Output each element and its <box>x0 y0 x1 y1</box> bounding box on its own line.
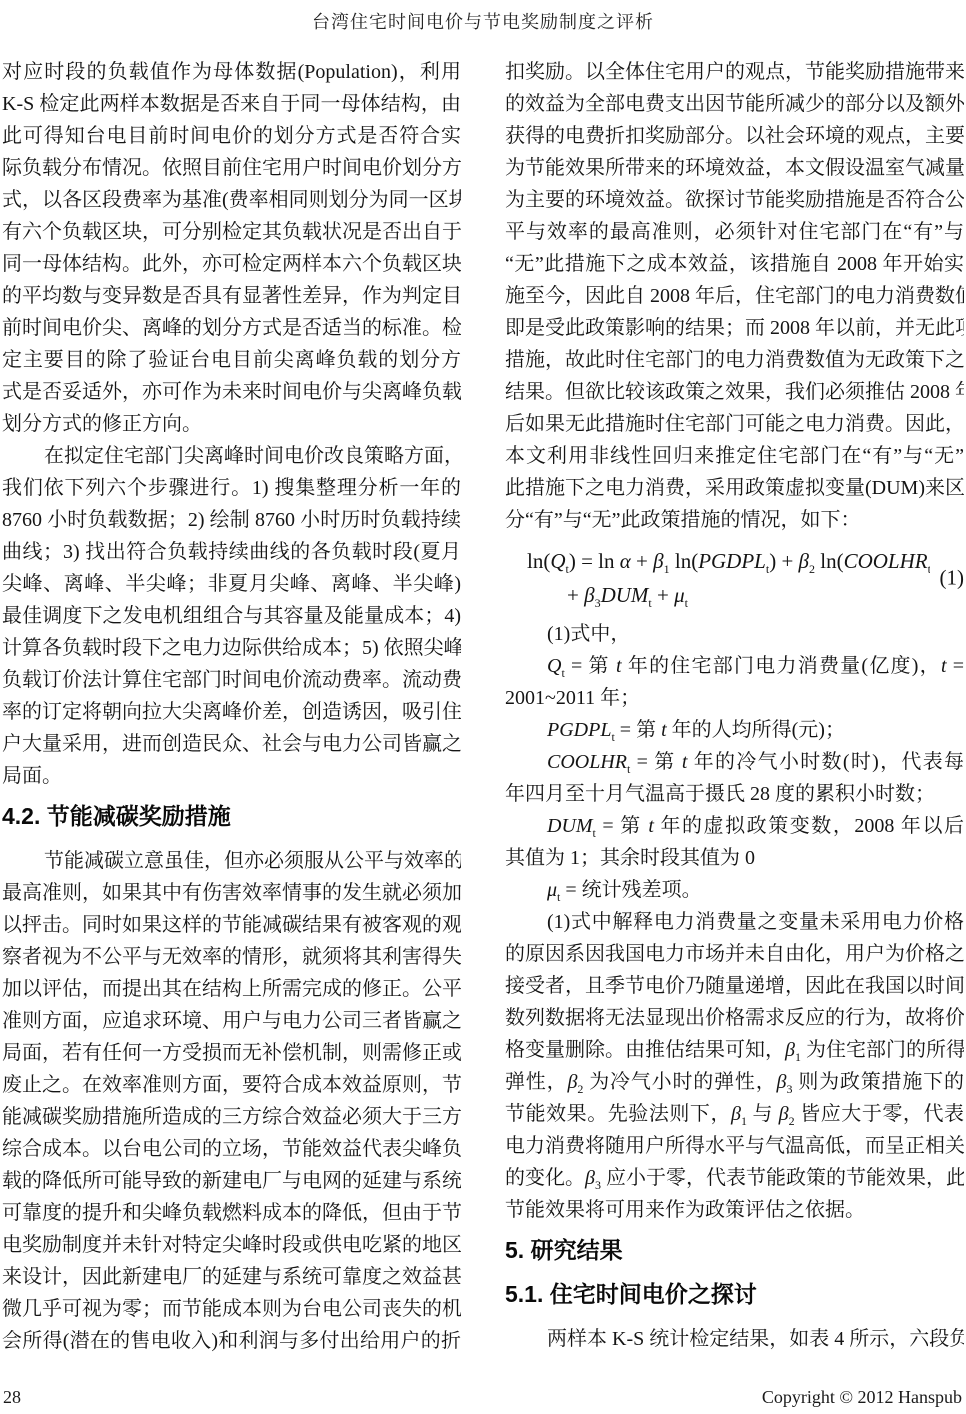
text-line: 前时间电价尖、离峰的划分方式是否适当的标准。检 <box>2 312 461 344</box>
paragraph: Qt = 第 t 年的住宅部门电力消费量(亿度)，t =2001~2011 年； <box>505 650 964 714</box>
text-line: 后如果无此措施时住宅部门可能之电力消费。因此， <box>505 408 964 440</box>
page-header-title: 台湾住宅时间电价与节电奖励制度之评析 <box>0 8 966 34</box>
equation-line: + β3DUMt + μt <box>505 578 930 612</box>
text-line: 划分方式的修正方向。 <box>2 408 461 440</box>
text-line: 为节能效果所带来的环境效益，本文假设温室气减量 <box>505 152 964 184</box>
text-line: 在拟定住宅部门尖离峰时间电价改良策略方面， <box>2 440 461 472</box>
text-line: DUMt = 第 t 年的虚拟政策变数，2008 年以后 <box>505 810 964 842</box>
equation: ln(Qt) = ln α + β1 ln(PGDPLt) + β2 ln(CO… <box>505 544 964 612</box>
paragraph: COOLHRt = 第 t 年的冷气小时数(时)，代表每年四月至十月气温高于摄氏… <box>505 746 964 810</box>
text-line: 的效益为全部电费支出因节能所减少的部分以及额外 <box>505 88 964 120</box>
paragraph: DUMt = 第 t 年的虚拟政策变数，2008 年以后其值为 1；其余时段其值… <box>505 810 964 874</box>
paragraph: 节能减碳立意虽佳，但亦必须服从公平与效率的最高准则，如果其中有伤害效率情事的发生… <box>2 845 461 1357</box>
text-line: 以抨击。同时如果这样的节能减碳结果有被客观的观 <box>2 909 461 941</box>
text-line: 可靠度的提升和尖峰负载燃料成本的降低，但由于节 <box>2 1197 461 1229</box>
text-line: 2001~2011 年； <box>505 682 964 714</box>
equation-line: ln(Qt) = ln α + β1 ln(PGDPLt) + β2 ln(CO… <box>505 544 930 578</box>
text-line: 计算各负载时段下之电力边际供给成本；5) 依照尖峰 <box>2 632 461 664</box>
text-line: 负载订价法计算住宅部门时间电价流动费率。流动费 <box>2 664 461 696</box>
column-right: 扣奖励。以全体住宅用户的观点，节能奖励措施带来的效益为全部电费支出因节能所减少的… <box>505 56 964 1355</box>
text-line: 施至今，因此自 2008 年后，住宅部门的电力消费数值 <box>505 280 964 312</box>
text-line: 来设计，因此新建电厂的延建与系统可靠度之效益甚 <box>2 1261 461 1293</box>
text-line: 的平均数与变异数是否具有显著性差异，作为判定目 <box>2 280 461 312</box>
text-line: 最高准则，如果其中有伤害效率情事的发生就必须加 <box>2 877 461 909</box>
equation-number: (1) <box>940 566 965 591</box>
text-line: 措施，故此时住宅部门的电力消费数值为无政策下之 <box>505 344 964 376</box>
section-heading: 4.2. 节能减碳奖励措施 <box>2 801 461 831</box>
text-line: 准则方面，应追求环境、用户与电力公司三者皆赢之 <box>2 1005 461 1037</box>
text-line: 综合成本。以台电公司的立场，节能效益代表尖峰负 <box>2 1133 461 1165</box>
text-line: Qt = 第 t 年的住宅部门电力消费量(亿度)，t = <box>505 650 964 682</box>
text-line: 际负载分布情况。依照目前住宅用户时间电价划分方 <box>2 152 461 184</box>
section-heading: 5. 研究结果 <box>505 1235 964 1265</box>
page-number: 28 <box>3 1387 21 1408</box>
text-line: 曲线；3) 找出符合负载持续曲线的各负载时段(夏月 <box>2 536 461 568</box>
text-line: 节能效果将可用来作为政策评估之依据。 <box>505 1194 964 1226</box>
text-line: 的变化。β3 应小于零，代表节能政策的节能效果，此 <box>505 1162 964 1194</box>
text-line: 的原因系因我国电力市场并未自由化，用户为价格之 <box>505 938 964 970</box>
equation-body: ln(Qt) = ln α + β1 ln(PGDPLt) + β2 ln(CO… <box>505 544 930 612</box>
text-line: 户大量采用，进而创造民众、社会与电力公司皆赢之 <box>2 728 461 760</box>
text-line: PGDPLt = 第 t 年的人均所得(元)； <box>505 714 964 746</box>
text-line: 率的订定将朝向拉大尖离峰价差，创造诱因，吸引住 <box>2 696 461 728</box>
text-line: 定主要目的除了验证台电目前尖离峰负载的划分方 <box>2 344 461 376</box>
text-line: μt = 统计残差项。 <box>505 874 964 906</box>
text-line: 废止之。在效率准则方面，要符合成本效益原则，节 <box>2 1069 461 1101</box>
text-line: 局面。 <box>2 760 461 792</box>
text-line: 两样本 K-S 统计检定结果，如表 4 所示，六段负 <box>505 1323 964 1355</box>
text-line: 此可得知台电目前时间电价的划分方式是否符合实 <box>2 120 461 152</box>
paragraph: 对应时段的负载值作为母体数据(Population)，利用K-S 检定此两样本数… <box>2 56 461 440</box>
text-line: (1)式中解释电力消费量之变量未采用电力价格 <box>505 906 964 938</box>
text-line: 电奖励制度并未针对特定尖峰时段或供电吃紧的地区 <box>2 1229 461 1261</box>
paragraph: (1)式中， <box>505 618 964 650</box>
text-line: (1)式中， <box>505 618 964 650</box>
text-line: 节能减碳立意虽佳，但亦必须服从公平与效率的 <box>2 845 461 877</box>
text-line: 对应时段的负载值作为母体数据(Population)，利用 <box>2 56 461 88</box>
text-line: 平与效率的最高准则，必须针对住宅部门在“有”与 <box>505 216 964 248</box>
text-line: 本文利用非线性回归来推定住宅部门在“有”与“无” <box>505 440 964 472</box>
text-line: 我们依下列六个步骤进行。1) 搜集整理分析一年的 <box>2 472 461 504</box>
text-line: 微几乎可视为零；而节能成本则为台电公司丧失的机 <box>2 1293 461 1325</box>
text-line: 有六个负载区块，可分别检定其负载状况是否出自于 <box>2 216 461 248</box>
text-line: 扣奖励。以全体住宅用户的观点，节能奖励措施带来 <box>505 56 964 88</box>
paragraph: (1)式中解释电力消费量之变量未采用电力价格的原因系因我国电力市场并未自由化，用… <box>505 906 964 1226</box>
text-line: 接受者，且季节电价乃随量递增，因此在我国以时间 <box>505 970 964 1002</box>
text-line: 尖峰、离峰、半尖峰；非夏月尖峰、离峰、半尖峰) <box>2 568 461 600</box>
text-line: 电力消费将随用户所得水平与气温高低，而呈正相关 <box>505 1130 964 1162</box>
text-line: COOLHRt = 第 t 年的冷气小时数(时)，代表每 <box>505 746 964 778</box>
text-line: 格变量删除。由推估结果可知，β1 为住宅部门的所得 <box>505 1034 964 1066</box>
page-footer: 28 Copyright © 2012 Hanspub <box>3 1387 962 1408</box>
text-line: K-S 检定此两样本数据是否来自于同一母体结构，由 <box>2 88 461 120</box>
section-heading: 5.1. 住宅时间电价之探讨 <box>505 1279 964 1309</box>
text-line: 为主要的环境效益。欲探讨节能奖励措施是否符合公 <box>505 184 964 216</box>
paragraph: 在拟定住宅部门尖离峰时间电价改良策略方面，我们依下列六个步骤进行。1) 搜集整理… <box>2 440 461 792</box>
text-line: 最佳调度下之发电机组组合与其容量及能量成本；4) <box>2 600 461 632</box>
text-line: 察者视为不公平与无效率的情形，就须将其利害得失 <box>2 941 461 973</box>
text-line: 数列数据将无法显现出价格需求反应的行为，故将价 <box>505 1002 964 1034</box>
text-line: 其值为 1；其余时段其值为 0 <box>505 842 964 874</box>
text-line: 获得的电费折扣奖励部分。以社会环境的观点，主要 <box>505 120 964 152</box>
text-line: 加以评估，而提出其在结构上所需完成的修正。公平 <box>2 973 461 1005</box>
text-line: 载的降低所可能导致的新建电厂与电网的延建与系统 <box>2 1165 461 1197</box>
paragraph: PGDPLt = 第 t 年的人均所得(元)； <box>505 714 964 746</box>
column-left: 对应时段的负载值作为母体数据(Population)，利用K-S 检定此两样本数… <box>2 56 461 1357</box>
text-line: 式，以各区段费率为基准(费率相同则划分为同一区块) <box>2 184 461 216</box>
paragraph: 扣奖励。以全体住宅用户的观点，节能奖励措施带来的效益为全部电费支出因节能所减少的… <box>505 56 964 536</box>
text-line: 年四月至十月气温高于摄氏 28 度的累积小时数； <box>505 778 964 810</box>
text-line: 局面，若有任何一方受损而无补偿机制，则需修正或 <box>2 1037 461 1069</box>
text-line: 即是受此政策影响的结果；而 2008 年以前，并无此项 <box>505 312 964 344</box>
text-line: 节能效果。先验法则下，β1 与 β2 皆应大于零，代表 <box>505 1098 964 1130</box>
text-line: 式是否妥适外，亦可作为未来时间电价与尖离峰负载 <box>2 376 461 408</box>
text-line: 同一母体结构。此外，亦可检定两样本六个负载区块 <box>2 248 461 280</box>
paper-page: 台湾住宅时间电价与节电奖励制度之评析 对应时段的负载值作为母体数据(Popula… <box>0 0 966 1414</box>
paragraph: 两样本 K-S 统计检定结果，如表 4 所示，六段负 <box>505 1323 964 1355</box>
text-line: “无”此措施下之成本效益，该措施自 2008 年开始实 <box>505 248 964 280</box>
text-line: 8760 小时负载数据；2) 绘制 8760 小时历时负载持续 <box>2 504 461 536</box>
paragraph: μt = 统计残差项。 <box>505 874 964 906</box>
text-line: 分“有”与“无”此政策措施的情况，如下： <box>505 504 964 536</box>
text-line: 结果。但欲比较该政策之效果，我们必须推估 2008 年 <box>505 376 964 408</box>
text-line: 弹性，β2 为冷气小时的弹性，β3 则为政策措施下的 <box>505 1066 964 1098</box>
text-line: 能减碳奖励措施所造成的三方综合效益必须大于三方 <box>2 1101 461 1133</box>
text-line: 此措施下之电力消费，采用政策虚拟变量(DUM)来区 <box>505 472 964 504</box>
copyright-notice: Copyright © 2012 Hanspub <box>762 1387 962 1408</box>
text-line: 会所得(潜在的售电收入)和利润与多付出给用户的折 <box>2 1325 461 1357</box>
